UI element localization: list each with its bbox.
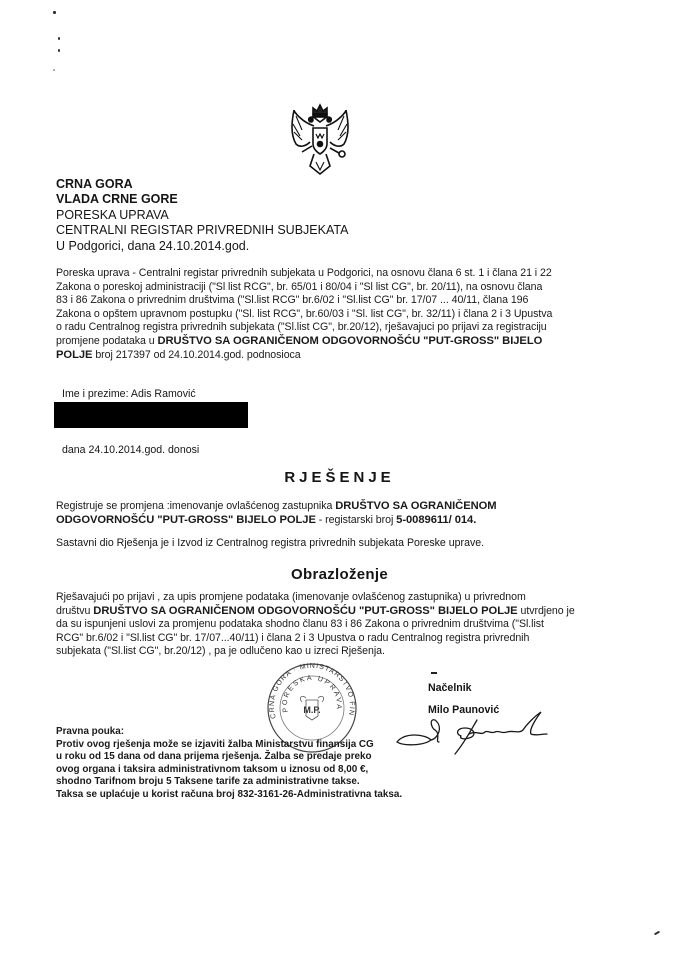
scan-speck bbox=[58, 37, 60, 40]
reasoning-line: RCG" br.6/02 i "Sl.list CG" br. 17/07...… bbox=[56, 632, 636, 646]
intro-line: promjene podataka u DRUŠTVO SA OGRANIČEN… bbox=[56, 335, 636, 349]
redaction-bar bbox=[54, 402, 248, 428]
intro-line: o radu Centralnog registra privrednih su… bbox=[56, 321, 636, 335]
reasoning-line: subjekata ("Sl.list CG", br.20/12) , pa … bbox=[56, 645, 636, 659]
legal-notice: Pravna pouka: Protiv ovog rješenja može … bbox=[56, 726, 476, 802]
scan-speck bbox=[53, 11, 56, 14]
reasoning-line: Rješavajući po prijavi , za upis promjen… bbox=[56, 591, 636, 605]
company-name: DRUŠTVO SA OGRANIČENOM ODGOVORNOŠĆU "PUT… bbox=[157, 335, 542, 347]
intro-line: POLJE broj 217397 od 24.10.2014.god. pod… bbox=[56, 349, 636, 363]
intro-line: 83 i 86 Zakona o privrednim društvima ("… bbox=[56, 294, 636, 308]
date-line: dana 24.10.2014.god. donosi bbox=[62, 444, 199, 458]
header-country: CRNA GORA bbox=[56, 177, 133, 193]
stamp-center-text: M.P. bbox=[303, 705, 320, 715]
company-name: POLJE bbox=[56, 349, 92, 361]
decision-paragraph: Registruje se promjena :imenovanje ovlaš… bbox=[56, 500, 636, 527]
legal-notice-line: Taksa se uplaćuje u korist računa broj 8… bbox=[56, 789, 476, 802]
signatory-title: Načelnik bbox=[428, 682, 472, 694]
header-place-date: U Podgorici, dana 24.10.2014.god. bbox=[56, 239, 249, 255]
reasoning-line: društvu DRUŠTVO SA OGRANIČENOM ODGOVORNO… bbox=[56, 605, 636, 619]
scan-speck bbox=[53, 69, 55, 71]
decision-title: RJEŠENJE bbox=[0, 469, 679, 486]
applicant-name: Ime i prezime: Adis Ramović bbox=[62, 388, 196, 402]
decision-line: ODGOVORNOŠĆU "PUT-GROSS" BIJELO POLJE - … bbox=[56, 514, 636, 528]
intro-paragraph: Poreska uprava - Centralni registar priv… bbox=[56, 267, 636, 362]
legal-notice-title: Pravna pouka: bbox=[56, 726, 476, 739]
decision-line: Registruje se promjena :imenovanje ovlaš… bbox=[56, 500, 636, 514]
legal-notice-line: ovog organa i taksira administrativnom t… bbox=[56, 764, 476, 777]
registration-number: 5-0089611/ 014. bbox=[396, 514, 476, 526]
coat-of-arms-icon bbox=[280, 100, 360, 180]
legal-notice-line: Protiv ovog rješenja može se izjaviti ža… bbox=[56, 739, 476, 752]
attachment-line: Sastavni dio Rješenja je i Izvod iz Cent… bbox=[56, 537, 484, 551]
scan-speck bbox=[58, 49, 60, 52]
legal-notice-line: shodno Tarifnom broju 5 Taksene tarife z… bbox=[56, 776, 476, 789]
header-agency: PORESKA UPRAVA bbox=[56, 208, 169, 224]
intro-line: Zakona o opštem upravnom postupku ("Sl. … bbox=[56, 308, 636, 322]
scan-speck bbox=[654, 931, 660, 936]
header-government: VLADA CRNE GORE bbox=[56, 192, 178, 208]
intro-line: Zakona o poreskoj administraciji ("Sl li… bbox=[56, 281, 636, 295]
reasoning-paragraph: Rješavajući po prijavi , za upis promjen… bbox=[56, 591, 636, 659]
header-registry: CENTRALNI REGISTAR PRIVREDNIH SUBJEKATA bbox=[56, 223, 348, 239]
reasoning-title: Obrazloženje bbox=[0, 566, 679, 583]
intro-line: Poreska uprava - Centralni registar priv… bbox=[56, 267, 636, 281]
legal-notice-line: u roku od 15 dana od dana prijema rješen… bbox=[56, 751, 476, 764]
reasoning-line: da su ispunjeni uslovi za promjenu podat… bbox=[56, 618, 636, 632]
scan-mark bbox=[431, 672, 437, 674]
